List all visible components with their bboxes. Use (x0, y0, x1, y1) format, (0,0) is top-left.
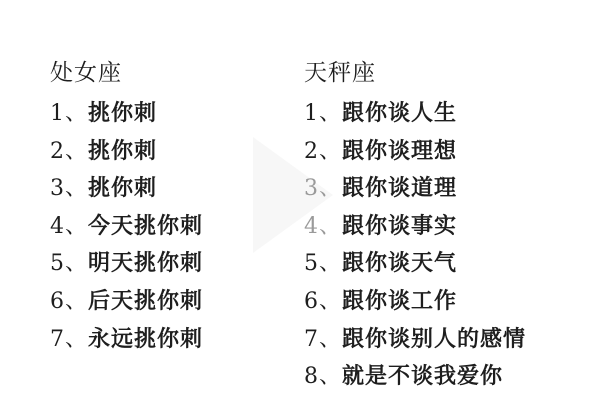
item-text: 挑你刺 (88, 176, 157, 201)
item-number: 6、 (304, 289, 342, 314)
item-number: 2、 (50, 139, 88, 164)
item-number: 7、 (50, 327, 88, 352)
item-text: 挑你刺 (88, 101, 157, 126)
virgo-title: 处女座 (50, 58, 203, 88)
item-number: 7、 (304, 327, 342, 352)
list-item: 3、挑你刺 (50, 170, 203, 208)
item-text: 跟你谈事实 (342, 214, 457, 239)
item-text: 就是不谈我爱你 (342, 364, 503, 389)
list-item: 5、跟你谈天气 (304, 245, 526, 283)
list-item: 7、跟你谈别人的感情 (304, 321, 526, 359)
list-item: 8、就是不谈我爱你 (304, 358, 526, 396)
libra-title: 天秤座 (304, 58, 526, 88)
item-text: 跟你谈人生 (342, 101, 457, 126)
virgo-column: 处女座 1、挑你刺 2、挑你刺 3、挑你刺 4、今天挑你刺 5、明天挑你刺 6、… (50, 58, 203, 358)
item-text: 跟你谈道理 (342, 176, 457, 201)
item-text: 挑你刺 (88, 139, 157, 164)
list-item: 7、永远挑你刺 (50, 321, 203, 359)
item-number: 5、 (304, 251, 342, 276)
list-item: 2、挑你刺 (50, 133, 203, 171)
item-number: 1、 (50, 101, 88, 126)
item-number: 2、 (304, 139, 342, 164)
list-item: 1、跟你谈人生 (304, 95, 526, 133)
item-number: 3、 (304, 176, 342, 201)
list-item: 6、跟你谈工作 (304, 283, 526, 321)
item-text: 跟你谈别人的感情 (342, 327, 526, 352)
item-text: 后天挑你刺 (88, 289, 203, 314)
item-number: 3、 (50, 176, 88, 201)
item-number: 4、 (50, 214, 88, 239)
libra-column: 天秤座 1、跟你谈人生 2、跟你谈理想 3、跟你谈道理 4、跟你谈事实 5、跟你… (304, 58, 526, 396)
list-item: 5、明天挑你刺 (50, 245, 203, 283)
item-text: 今天挑你刺 (88, 214, 203, 239)
list-item: 3、跟你谈道理 (304, 170, 526, 208)
item-number: 1、 (304, 101, 342, 126)
item-number: 6、 (50, 289, 88, 314)
item-text: 跟你谈天气 (342, 251, 457, 276)
item-number: 4、 (304, 214, 342, 239)
list-item: 4、跟你谈事实 (304, 208, 526, 246)
list-item: 4、今天挑你刺 (50, 208, 203, 246)
item-text: 明天挑你刺 (88, 251, 203, 276)
item-number: 5、 (50, 251, 88, 276)
item-number: 8、 (304, 364, 342, 389)
item-text: 跟你谈工作 (342, 289, 457, 314)
item-text: 永远挑你刺 (88, 327, 203, 352)
list-item: 2、跟你谈理想 (304, 133, 526, 171)
list-item: 1、挑你刺 (50, 95, 203, 133)
list-item: 6、后天挑你刺 (50, 283, 203, 321)
item-text: 跟你谈理想 (342, 139, 457, 164)
